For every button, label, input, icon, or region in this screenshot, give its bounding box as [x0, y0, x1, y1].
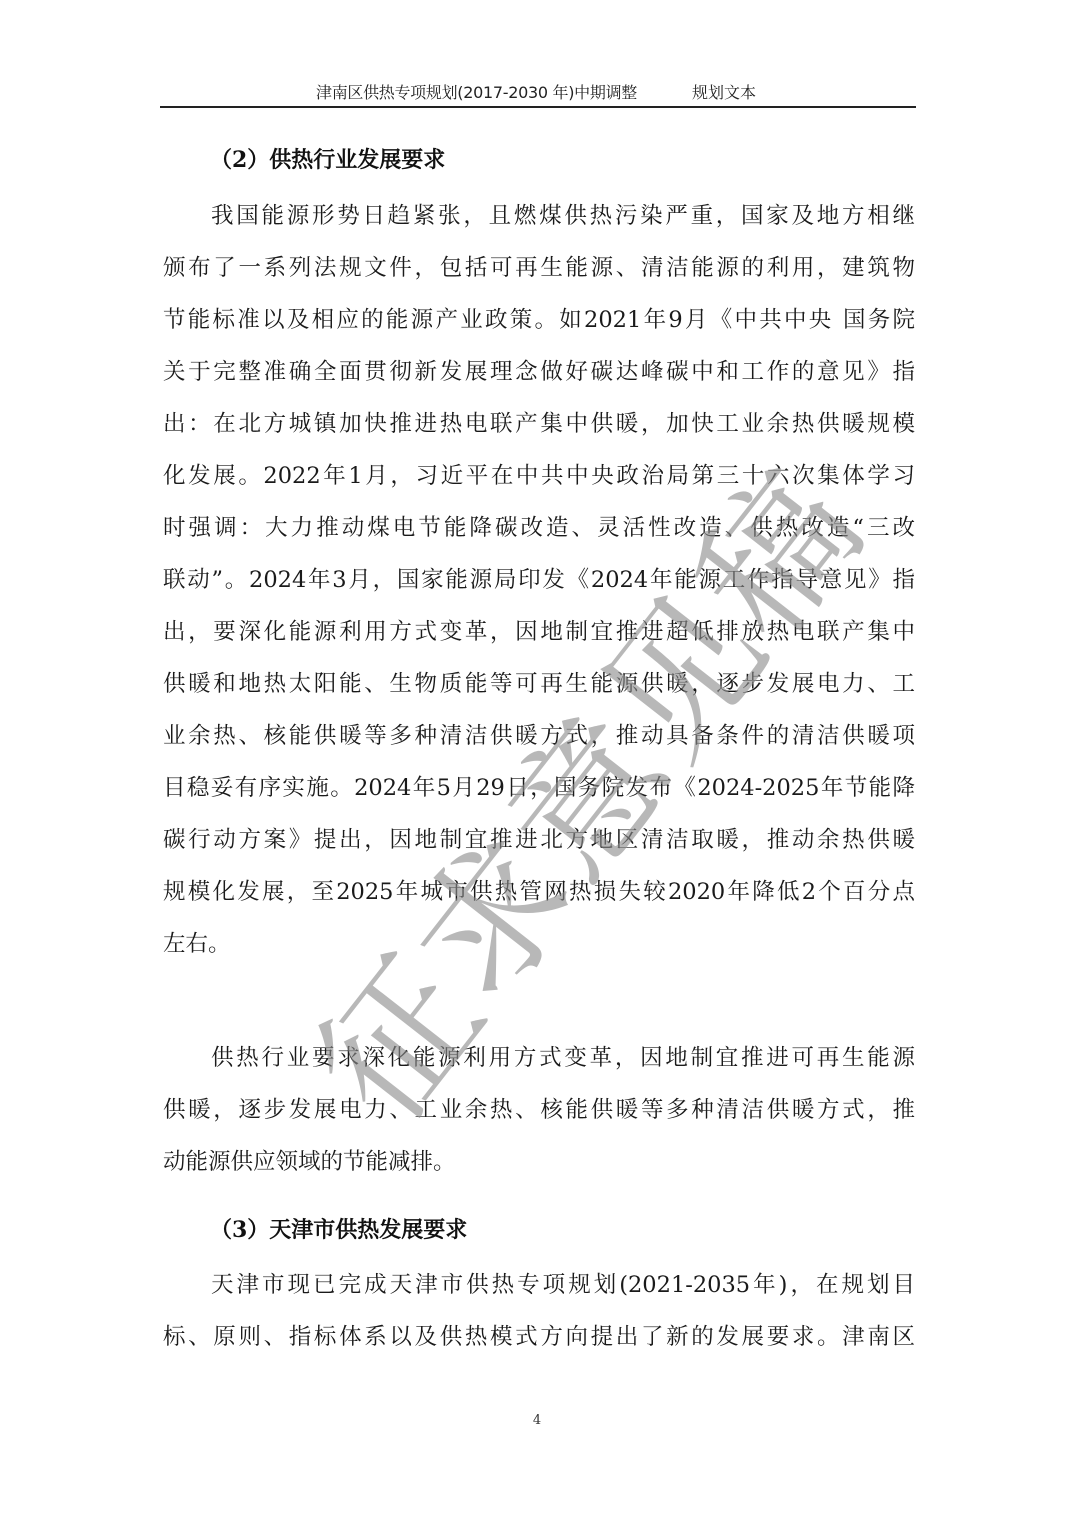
paragraph-industry-summary: 供热行业要求深化能源利用方式变革，因地制宜推进可再生能源 供暖，逐步发展电力、工…: [163, 1032, 915, 1188]
text-line: 天津市现已完成天津市供热专项规划(2021-2035年)，在规划目: [163, 1259, 915, 1311]
header-doc-type: 规划文本: [692, 80, 756, 103]
page-header: 津南区供热专项规划(2017-2030 年)中期调整 规划文本: [160, 78, 916, 108]
text-line: 出：在北方城镇加快推进热电联产集中供暖，加快工业余热供暖规模: [163, 398, 915, 450]
text-line: 目稳妥有序实施。2024年5月29日，国务院发布《2024-2025年节能降: [163, 762, 915, 814]
text-line: 供暖和地热太阳能、生物质能等可再生能源供暖，逐步发展电力、工: [163, 658, 915, 710]
text-line: 颁布了一系列法规文件，包括可再生能源、清洁能源的利用，建筑物: [163, 242, 915, 294]
text-line: 出，要深化能源利用方式变革，因地制宜推进超低排放热电联产集中: [163, 606, 915, 658]
text-line: 供热行业要求深化能源利用方式变革，因地制宜推进可再生能源: [163, 1032, 915, 1084]
text-line: 我国能源形势日趋紧张，且燃煤供热污染严重，国家及地方相继: [163, 190, 915, 242]
paragraph-national-policy: 我国能源形势日趋紧张，且燃煤供热污染严重，国家及地方相继 颁布了一系列法规文件，…: [163, 190, 915, 970]
text-line: 业余热、核能供暖等多种清洁供暖方式，推动具备条件的清洁供暖项: [163, 710, 915, 762]
text-line: 联动”。2024年3月，国家能源局印发《2024年能源工作指导意见》指: [163, 554, 915, 606]
text-line: 左右。: [163, 918, 915, 970]
page-number: 4: [0, 1413, 1074, 1428]
paragraph-tianjin-plan: 天津市现已完成天津市供热专项规划(2021-2035年)，在规划目 标、原则、指…: [163, 1259, 915, 1363]
text-line: 规模化发展，至2025年城市供热管网热损失较2020年降低2个百分点: [163, 866, 915, 918]
section-heading-tianjin-requirements: （3）天津市供热发展要求: [210, 1213, 467, 1244]
text-line: 关于完整准确全面贯彻新发展理念做好碳达峰碳中和工作的意见》指: [163, 346, 915, 398]
text-line: 碳行动方案》提出，因地制宜推进北方地区清洁取暖，推动余热供暖: [163, 814, 915, 866]
text-line: 供暖，逐步发展电力、工业余热、核能供暖等多种清洁供暖方式，推: [163, 1084, 915, 1136]
text-line: 节能标准以及相应的能源产业政策。如2021年9月《中共中央 国务院: [163, 294, 915, 346]
text-line: 动能源供应领域的节能减排。: [163, 1136, 915, 1188]
document-page: 津南区供热专项规划(2017-2030 年)中期调整 规划文本 （2）供热行业发…: [0, 0, 1074, 1520]
section-heading-industry-requirements: （2）供热行业发展要求: [210, 143, 445, 174]
text-line: 时强调：大力推动煤电节能降碳改造、灵活性改造、供热改造“三改: [163, 502, 915, 554]
text-line: 标、原则、指标体系以及供热模式方向提出了新的发展要求。津南区: [163, 1311, 915, 1363]
text-line: 化发展。2022年1月，习近平在中共中央政治局第三十六次集体学习: [163, 450, 915, 502]
header-title: 津南区供热专项规划(2017-2030 年)中期调整: [316, 80, 637, 103]
